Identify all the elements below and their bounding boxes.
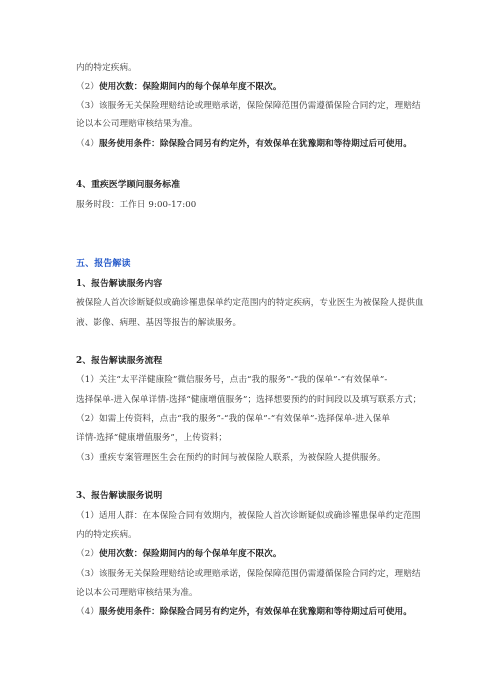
list-number: （4） — [76, 139, 99, 149]
paragraph-line: 详情-选择“健康增值服务”，上传资料； — [76, 432, 227, 444]
paragraph-line: 内的特定疾病。 — [76, 62, 137, 74]
list-item-usage-conditions: （4）服务使用条件：除保险合同另有约定外，有效保单在犹豫期和等待期过后可使用。 — [76, 606, 412, 618]
paragraph-line: 内的特定疾病。 — [76, 529, 137, 541]
bold-text: 服务使用条件：除保险合同另有约定外，有效保单在犹豫期和等待期过后可使用。 — [99, 139, 412, 149]
paragraph-line: 选择保单-进入保单详情-选择“健康增值服务”；选择想要预约的时间段以及填写联系方… — [76, 394, 421, 406]
subheading-consultant-standard: 4、重疾医学顾问服务标准 — [76, 179, 180, 191]
subheading-service-content: 1、报告解读服务内容 — [76, 278, 162, 290]
list-number: （2） — [76, 549, 99, 559]
list-item-step-2: （2）如需上传资料，点击“我的服务”-“我的保单”-“有效保单”-选择保单-进入… — [76, 413, 390, 425]
bold-text: 使用次数：保险期间内的每个保单年度不限次。 — [99, 82, 282, 92]
document-page: 内的特定疾病。 （2）使用次数：保险期间内的每个保单年度不限次。 （3）该服务无… — [0, 0, 495, 700]
paragraph-line: 论以本公司理赔审核结果为准。 — [76, 587, 198, 599]
list-item-step-3: （3）重疾专案管理医生会在预约的时间与被保险人联系，为被保险人提供服务。 — [76, 452, 386, 464]
paragraph-line: 被保险人首次诊断疑似或确诊罹患保单约定范围内的特定疾病，专业医生为被保险人提供血 — [76, 297, 424, 309]
subheading-service-notes: 3、报告解读服务说明 — [76, 490, 162, 502]
list-number: （2） — [76, 82, 99, 92]
list-item-step-1: （1）关注“太平洋健康险”微信服务号，点击“我的服务”-“我的保单”-“有效保单… — [76, 374, 387, 386]
list-number: （4） — [76, 607, 99, 617]
section-heading-report-interpretation: 五、报告解读 — [76, 258, 131, 270]
list-item-claims-disclaimer: （3）该服务无关保险理赔结论或理赔承诺，保险保障范围仍需遵循保险合同约定，理赔结 — [76, 100, 421, 112]
service-hours: 服务时段：工作日 9:00-17:00 — [76, 199, 196, 211]
list-item-eligible-persons: （1）适用人群：在本保险合同有效期内，被保险人首次诊断疑似或确诊罹患保单约定范围 — [76, 510, 421, 522]
paragraph-line: 液、影像、病理、基因等报告的解读服务。 — [76, 317, 241, 329]
list-item-usage-count: （2）使用次数：保险期间内的每个保单年度不限次。 — [76, 81, 282, 93]
subheading-service-process: 2、报告解读服务流程 — [76, 355, 162, 367]
list-item-claims-disclaimer: （3）该服务无关保险理赔结论或理赔承诺，保险保障范围仍需遵循保险合同约定，理赔结 — [76, 568, 421, 580]
list-item-usage-conditions: （4）服务使用条件：除保险合同另有约定外，有效保单在犹豫期和等待期过后可使用。 — [76, 138, 412, 150]
bold-text: 服务使用条件：除保险合同另有约定外，有效保单在犹豫期和等待期过后可使用。 — [99, 607, 412, 617]
paragraph-line: 论以本公司理赔审核结果为准。 — [76, 118, 198, 130]
bold-text: 使用次数：保险期间内的每个保单年度不限次。 — [99, 549, 282, 559]
list-item-usage-count: （2）使用次数：保险期间内的每个保单年度不限次。 — [76, 548, 282, 560]
